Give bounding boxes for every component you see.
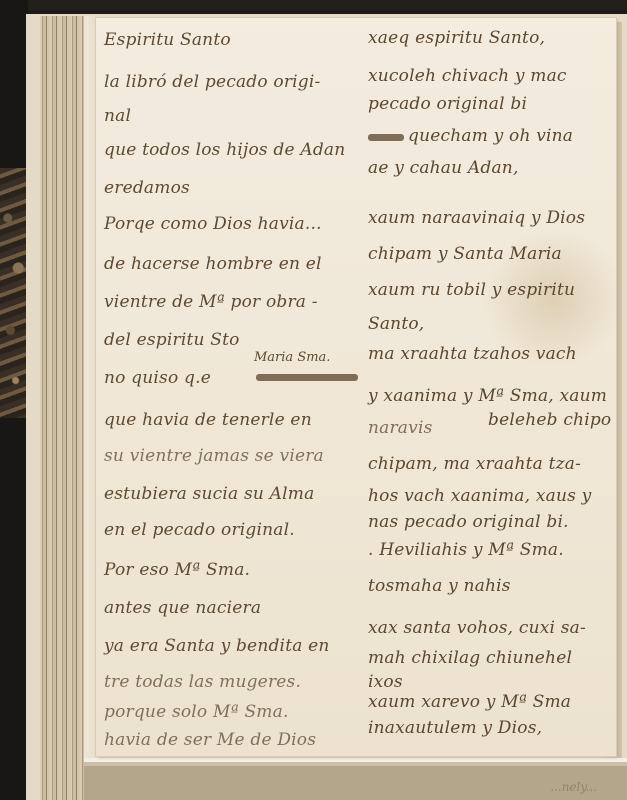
left-line: que havia de tenerle en [104,410,312,430]
right-line: y xaanima y Mª Sma, xaum [368,386,607,406]
right-line: xax santa vohos, cuxi sa- [368,618,586,638]
struck-out-text [256,374,358,381]
right-line: tosmaha y nahis [368,576,511,596]
marbled-endpaper [0,168,26,418]
left-line: Porqe como Dios havia... [104,214,322,234]
right-line: hos vach xaanima, xaus y [368,486,591,506]
left-line: su vientre jamas se viera [104,446,324,466]
left-line: nal [104,106,131,126]
right-line: xaeq espiritu Santo, [368,28,545,48]
left-line: havia de ser Me de Dios [104,730,316,750]
book-cover-top [0,0,627,10]
right-line: xaum ru tobil y espiritu [368,280,575,300]
left-line: Espiritu Santo [104,30,231,50]
struck-out-text [368,134,404,141]
right-line: ae y cahau Adan, [368,158,519,178]
right-line: xaum xarevo y Mª Sma [368,692,571,712]
left-line: la libró del pecado origi- [104,72,320,92]
page-stack-bottom: ...nely... [84,758,627,800]
left-line: no quiso q.e [104,368,211,388]
bottom-edge-text: ...nely... [550,780,597,794]
right-line: xucoleh chivach y mac [368,66,567,86]
right-line: nas pecado original bi. [368,512,569,532]
left-line: estubiera sucia su Alma [104,484,314,504]
right-line: Santo, [368,314,424,334]
left-line: Por eso Mª Sma. [104,560,250,580]
right-line: ma xraahta tzahos vach [368,344,577,364]
left-line: porque solo Mª Sma. [104,702,289,722]
left-line: eredamos [104,178,190,198]
page-edges-left [40,16,86,800]
left-line: ya era Santa y bendita en [104,636,330,656]
right-line: xaum naraavinaiq y Dios [368,208,585,228]
right-line: quecham y oh vina [408,126,573,146]
left-line: vientre de Mª por obra - [104,292,318,312]
right-line: chipam y Santa Maria [368,244,562,264]
left-line: tre todas las mugeres. [104,672,301,692]
right-line: . Heviliahis y Mª Sma. [368,540,564,560]
interlinear-insert: Maria Sma. [254,350,330,365]
right-line: mah chixilag chiunehel [368,648,572,668]
manuscript-page: Espiritu Santo la libró del pecado origi… [96,18,616,756]
right-line: pecado original bi [368,94,527,114]
right-line: chipam, ma xraahta tza- [368,454,581,474]
left-line: antes que naciera [104,598,261,618]
right-line: naravis [368,418,433,438]
left-line: en el pecado original. [104,520,295,540]
left-line: del espiritu Sto [104,330,240,350]
left-line: de hacerse hombre en el [104,254,322,274]
interlinear-insert: beleheb chipo [488,410,611,430]
right-line: ixos [368,672,403,692]
right-line: inaxautulem y Dios, [368,718,542,738]
left-line: que todos los hijos de Adan [104,140,345,160]
